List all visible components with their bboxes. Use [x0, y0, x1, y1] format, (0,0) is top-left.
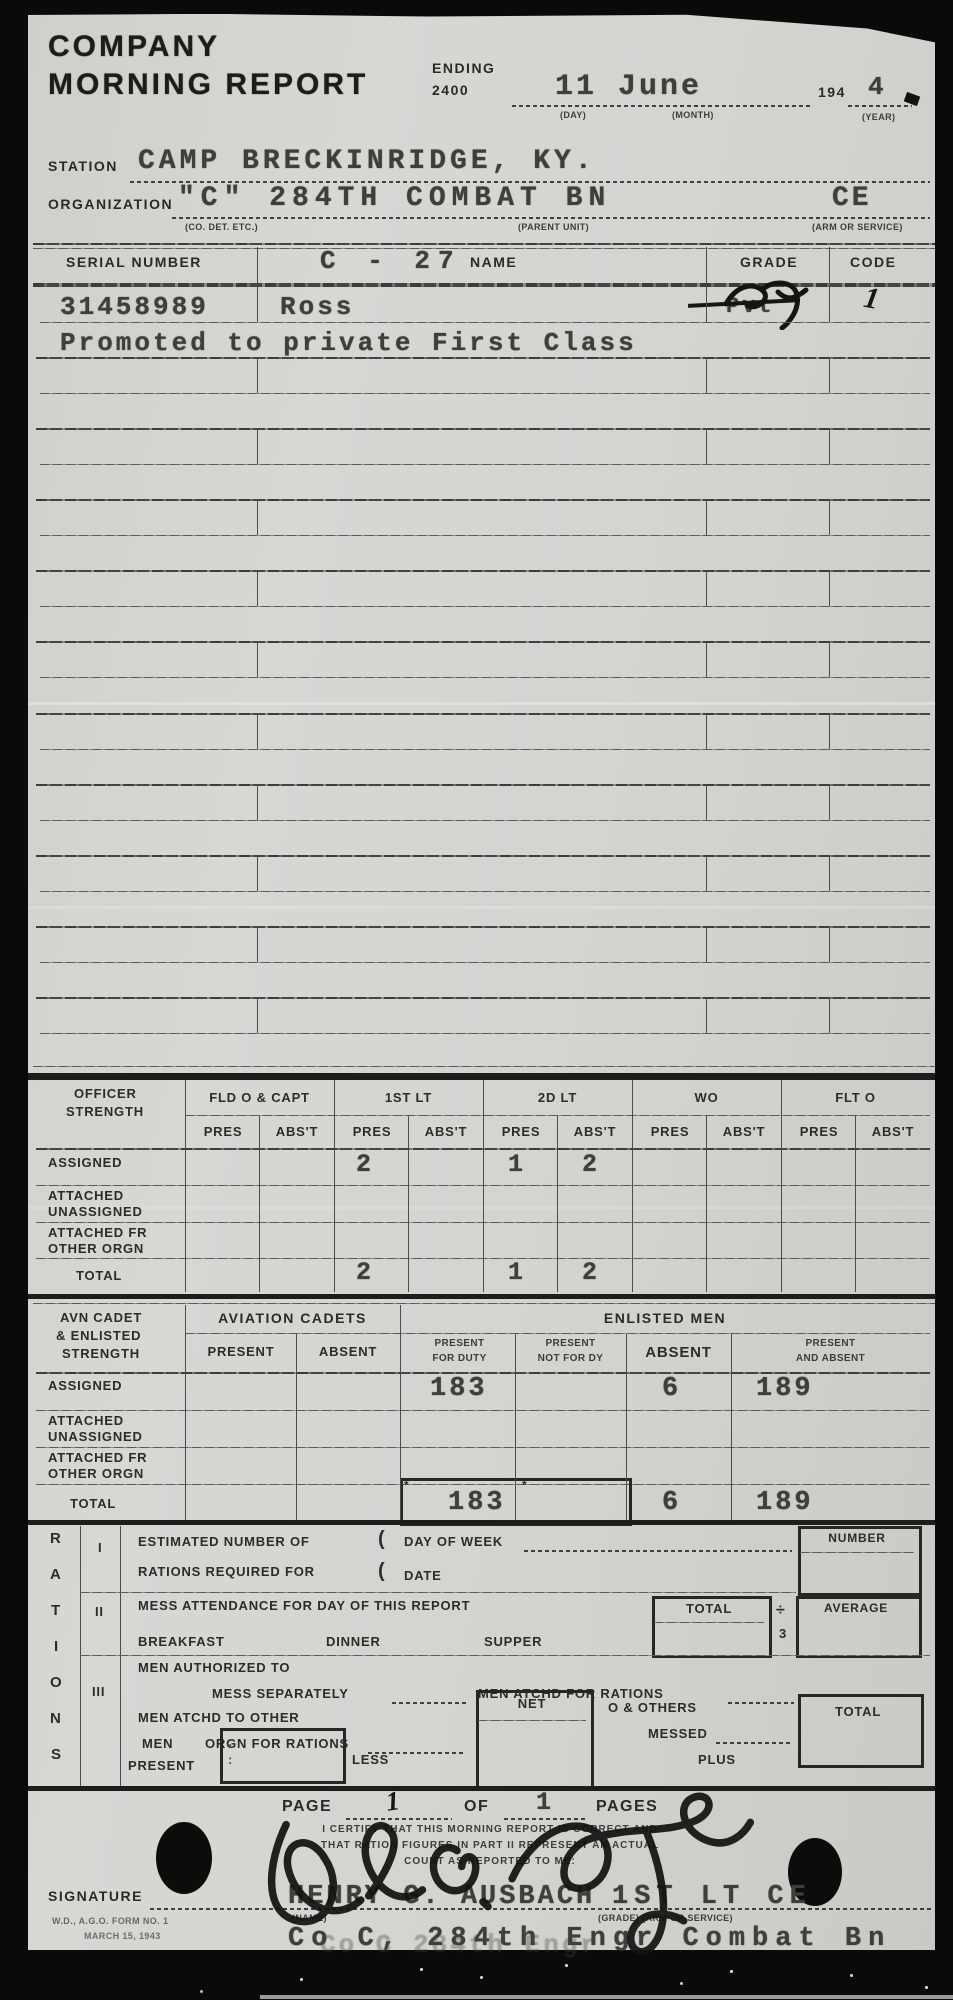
vrule-mark — [706, 784, 707, 820]
officer-total-2dlt-pres: 1 — [508, 1258, 526, 1287]
hrule-mark — [40, 606, 930, 607]
hrule-mark — [36, 855, 930, 857]
officer-row-other-orgn: OTHER ORGN — [48, 1241, 144, 1256]
film-edge-left — [0, 0, 28, 2000]
ending-label: ENDING — [432, 60, 495, 76]
officer-subvline — [408, 1116, 409, 1292]
decor-mark — [483, 1902, 488, 1907]
enlisted-vline — [185, 1305, 186, 1520]
hrule-mark — [36, 997, 930, 999]
vrule-mark — [706, 428, 707, 464]
hrule-mark — [40, 677, 930, 678]
rations-letter: T — [51, 1602, 61, 1619]
vrule-mark — [829, 926, 830, 962]
day-of-week-label: DAY OF WEEK — [404, 1534, 503, 1549]
vrule-mark — [257, 997, 258, 1033]
unit-entry: C - 27 — [320, 246, 462, 276]
hrule-mark — [36, 428, 930, 430]
officer-top-bold-rule — [28, 1073, 935, 1080]
hrule-mark — [36, 641, 930, 643]
hrule-mark — [40, 891, 930, 892]
officer-row-total: TOTAL — [76, 1268, 122, 1283]
vrule-mark — [829, 499, 830, 535]
officer-sub-abst: ABS'T — [857, 1124, 929, 1139]
enlisted-row-attached: ATTACHED — [48, 1413, 124, 1428]
decor-mark — [269, 1795, 755, 1965]
hrule-mark — [40, 393, 930, 394]
day-label: (DAY) — [560, 110, 586, 120]
av-present-header: PRESENT — [187, 1344, 295, 1359]
men-atchd-other-label: MEN ATCHD TO OTHER — [138, 1710, 300, 1725]
grade-header: GRADE — [740, 254, 798, 270]
mess-attendance-heading: MESS ATTENDANCE FOR DAY OF THIS REPORT — [138, 1598, 470, 1613]
scan-streak — [28, 1206, 935, 1209]
mess-separately-label: MESS SEPARATELY — [212, 1686, 349, 1701]
parent-unit-label: (PARENT UNIT) — [518, 222, 589, 232]
vrule-mark — [706, 997, 707, 1033]
officer-sub-pres: PRES — [485, 1124, 557, 1139]
enlisted-assigned-absent: 6 — [662, 1374, 681, 1404]
name-header: NAME — [470, 254, 517, 270]
officer-vline — [483, 1080, 484, 1292]
ending-time: 2400 — [432, 82, 469, 98]
roster-header-divider — [829, 247, 830, 285]
vrule-mark — [257, 926, 258, 962]
officer-sub-abst: ABS'T — [410, 1124, 482, 1139]
enlisted-subvline — [626, 1334, 627, 1520]
vrule-mark — [706, 641, 707, 677]
organization-rule — [172, 217, 930, 219]
enlisted-men-group: ENLISTED MEN — [400, 1310, 930, 1326]
mess-total-line — [654, 1622, 764, 1623]
rations-letter: A — [50, 1566, 62, 1583]
pen-tick: * — [404, 1478, 409, 1492]
form-number-line1: W.D., A.G.O. FORM NO. 1 — [52, 1916, 168, 1926]
officer-vline — [781, 1080, 782, 1292]
film-edge-right — [935, 0, 953, 2000]
officer-sub-pres: PRES — [783, 1124, 855, 1139]
date-field: 11 June — [555, 70, 702, 104]
officer-group-2: 2D LT — [483, 1090, 632, 1105]
mess-total-label: TOTAL — [654, 1601, 764, 1616]
officer-subvline — [706, 1116, 707, 1292]
officer-corner-line2: STRENGTH — [66, 1104, 144, 1119]
rations-letter: N — [50, 1710, 62, 1727]
handwritten-signature — [247, 1766, 764, 1984]
hrule-mark — [40, 962, 930, 963]
divisor: 3 — [779, 1626, 787, 1641]
officer-assigned-2dlt-pres: 1 — [508, 1150, 526, 1179]
men-authorized-label: MEN AUTHORIZED TO — [138, 1660, 290, 1675]
messed-rule — [716, 1742, 792, 1744]
decor-mark — [270, 1822, 362, 1923]
hrule-mark — [40, 535, 930, 536]
vrule-mark — [706, 570, 707, 606]
year-prefix: 194 — [818, 84, 846, 100]
officer-vline — [334, 1080, 335, 1292]
form-number-line2: MARCH 15, 1943 — [84, 1931, 161, 1941]
vrule-mark — [829, 641, 830, 677]
breakfast-label: BREAKFAST — [138, 1634, 225, 1649]
serial-header: SERIAL NUMBER — [66, 254, 202, 270]
men-atchd-rations-rule — [728, 1702, 794, 1704]
officer-sub-pres: PRES — [336, 1124, 408, 1139]
officer-group-1: 1ST LT — [334, 1090, 483, 1105]
hrule-mark — [40, 464, 930, 465]
average-box-label: AVERAGE — [798, 1601, 914, 1615]
vrule-mark — [829, 357, 830, 393]
en-pa-header-1: PRESENT — [731, 1338, 930, 1349]
year-field: 4 — [868, 72, 887, 102]
vrule-mark — [829, 997, 830, 1033]
roster-header-divider — [706, 247, 707, 285]
enlisted-assigned-pfd: 183 — [430, 1374, 488, 1404]
officer-group-3: WO — [632, 1090, 781, 1105]
officer-row-attached-fr: ATTACHED FR — [48, 1225, 147, 1240]
scan-streak — [28, 906, 935, 909]
men-present-box — [220, 1728, 346, 1784]
rations-rule-2 — [80, 1655, 930, 1656]
officer-bottom-bold-rule — [28, 1294, 935, 1299]
signature-label: SIGNATURE — [48, 1888, 143, 1904]
hrule-mark — [40, 1033, 930, 1034]
punch-hole-left — [156, 1822, 212, 1894]
code-header: CODE — [850, 254, 896, 270]
messed-label: MESSED — [648, 1726, 708, 1741]
arm-service-field: CE — [832, 183, 872, 214]
year-rule — [848, 105, 912, 107]
form-title-line1: COMPANY — [48, 30, 220, 64]
enlisted-top-rule — [33, 1303, 935, 1304]
month-label: (MONTH) — [672, 110, 714, 120]
mess-separately-rule — [392, 1702, 466, 1704]
org-sub-label: (CO. DET. ETC.) — [185, 222, 258, 232]
hrule-mark — [40, 749, 930, 750]
rations-total-label: TOTAL — [800, 1704, 916, 1719]
vrule-mark — [706, 499, 707, 535]
station-field: CAMP BRECKINRIDGE, KY. — [138, 146, 596, 177]
number-box-line — [800, 1552, 914, 1553]
arm-service-label: (ARM OR SERVICE) — [812, 222, 903, 232]
net-box-label: NET — [478, 1696, 586, 1711]
vrule-mark — [706, 713, 707, 749]
officer-total-2dlt-abst: 2 — [582, 1258, 600, 1287]
enlisted-row-assigned: ASSIGNED — [48, 1378, 122, 1393]
vrule-mark — [829, 713, 830, 749]
hrule-mark — [36, 357, 930, 359]
enlisted-subvline — [731, 1334, 732, 1520]
officer-sub-abst: ABS'T — [559, 1124, 631, 1139]
officer-corner-line1: OFFICER — [74, 1086, 137, 1101]
roster-header-divider — [257, 247, 258, 285]
rations-letter: R — [50, 1530, 62, 1547]
vrule-mark — [829, 784, 830, 820]
pen-mark: : — [228, 1734, 233, 1749]
rations-vline — [80, 1526, 81, 1786]
vrule-mark — [257, 855, 258, 891]
morning-report-scan: COMPANY MORNING REPORT ENDING 2400 11 Ju… — [0, 0, 953, 2000]
roster-divider — [829, 285, 830, 322]
decor-mark — [509, 1795, 752, 1891]
vrule-mark — [257, 570, 258, 606]
entry-name: Ross — [280, 292, 354, 322]
date-label: DATE — [404, 1568, 442, 1583]
officer-group-0: FLD O & CAPT — [185, 1090, 334, 1105]
roster-divider — [257, 285, 258, 322]
vrule-mark — [829, 428, 830, 464]
av-absent-header: ABSENT — [298, 1344, 398, 1359]
day-of-week-rule — [524, 1550, 792, 1552]
aviation-cadets-group: AVIATION CADETS — [185, 1310, 400, 1326]
vrule-mark — [257, 784, 258, 820]
divide-sign: ÷ — [776, 1602, 786, 1620]
enlisted-subvline — [296, 1334, 297, 1520]
enlisted-rule — [36, 1410, 930, 1411]
hrule-mark — [36, 570, 930, 572]
rations-letter: O — [50, 1674, 62, 1691]
enlisted-total-penciled-box — [400, 1478, 632, 1526]
hrule-mark — [36, 713, 930, 715]
organization-field: "C" 284TH COMBAT BN — [178, 183, 611, 214]
officer-row-assigned: ASSIGNED — [48, 1155, 122, 1170]
roster-bottom-rule — [33, 1066, 935, 1067]
decor-mark — [433, 1847, 477, 1892]
vrule-mark — [257, 713, 258, 749]
enlisted-total-absent: 6 — [662, 1488, 681, 1518]
enlisted-corner-1: AVN CADET — [60, 1310, 142, 1325]
hrule-mark — [36, 499, 930, 501]
decor-mark — [364, 1824, 422, 1898]
present-label: PRESENT — [128, 1758, 195, 1773]
officer-vline — [185, 1080, 186, 1292]
supper-label: SUPPER — [484, 1634, 542, 1649]
enlisted-rule — [36, 1447, 930, 1448]
decor-mark — [627, 1831, 685, 1952]
o-and-others-label: O & OTHERS — [608, 1700, 697, 1715]
date-rule — [512, 105, 810, 107]
officer-vline — [632, 1080, 633, 1292]
officer-sub-abst: ABS'T — [708, 1124, 780, 1139]
roster-top-rule — [33, 243, 935, 245]
rations-vline — [120, 1526, 121, 1786]
vrule-mark — [706, 855, 707, 891]
pen-tick: * — [522, 1478, 527, 1492]
vrule-mark — [706, 926, 707, 962]
form-title-line2: MORNING REPORT — [48, 68, 368, 102]
station-label: STATION — [48, 158, 118, 174]
officer-subvline — [259, 1116, 260, 1292]
vrule-mark — [829, 570, 830, 606]
officer-sub-pres: PRES — [187, 1124, 259, 1139]
rations1-line1: ESTIMATED NUMBER OF — [138, 1534, 310, 1549]
pen-mark: : — [228, 1752, 233, 1767]
vrule-mark — [257, 357, 258, 393]
men-label: MEN — [142, 1736, 173, 1751]
en-pnfd-header-1: PRESENT — [515, 1338, 626, 1349]
en-absent-header: ABSENT — [626, 1344, 731, 1361]
officer-assigned-2dlt-abst: 2 — [582, 1150, 600, 1179]
officer-subvline — [557, 1116, 558, 1292]
rations-numeral-3: III — [92, 1684, 105, 1699]
brace: ( — [378, 1560, 385, 1583]
roster-divider — [706, 285, 707, 322]
organization-label: ORGANIZATION — [48, 196, 173, 212]
enlisted-vline — [400, 1305, 401, 1520]
roster-mid-rule — [40, 322, 930, 323]
enlisted-corner-2: & ENLISTED — [56, 1328, 141, 1343]
enlisted-total-pa: 189 — [756, 1488, 814, 1518]
vrule-mark — [829, 855, 830, 891]
enlisted-row-other-orgn: OTHER ORGN — [48, 1466, 144, 1481]
enlisted-row-unassigned: UNASSIGNED — [48, 1429, 143, 1444]
officer-sub-abst: ABS'T — [261, 1124, 333, 1139]
officer-row-attached: ATTACHED — [48, 1188, 124, 1203]
en-pfd-header-1: PRESENT — [404, 1338, 515, 1349]
vrule-mark — [706, 357, 707, 393]
enlisted-bottom-bold-rule — [28, 1520, 935, 1525]
rations-letter: I — [54, 1638, 59, 1655]
net-box-line — [478, 1720, 586, 1721]
less-label: LESS — [352, 1752, 389, 1767]
vrule-mark — [257, 641, 258, 677]
officer-total-1stlt-pres: 2 — [356, 1258, 374, 1287]
enlisted-corner-3: STRENGTH — [62, 1346, 140, 1361]
enlisted-row-total: TOTAL — [70, 1496, 116, 1511]
officer-assigned-1stlt-pres: 2 — [356, 1150, 374, 1179]
entry-serial: 31458989 — [60, 292, 209, 322]
dinner-label: DINNER — [326, 1634, 381, 1649]
roster-top-rule2 — [33, 248, 935, 249]
brace: ( — [378, 1528, 385, 1551]
officer-group-4: FLT O — [781, 1090, 930, 1105]
number-box-label: NUMBER — [800, 1531, 914, 1545]
entry-remark: Promoted to private First Class — [60, 328, 637, 358]
officer-row-unassigned: UNASSIGNED — [48, 1204, 143, 1219]
en-pnfd-header-2: NOT FOR DY — [515, 1353, 626, 1364]
officer-sub-pres: PRES — [634, 1124, 706, 1139]
hrule-mark — [40, 820, 930, 821]
en-pfd-header-2: FOR DUTY — [404, 1353, 515, 1364]
plus-label: PLUS — [698, 1752, 736, 1767]
vrule-mark — [257, 428, 258, 464]
enlisted-subvline — [515, 1334, 516, 1520]
rations-rule-1 — [80, 1592, 796, 1593]
year-label: (YEAR) — [862, 112, 895, 122]
officer-subvline — [855, 1116, 856, 1292]
enlisted-row-attached-fr: ATTACHED FR — [48, 1450, 147, 1465]
rations-letter: S — [51, 1746, 62, 1763]
scan-streak — [28, 702, 935, 705]
rations1-line2: RATIONS REQUIRED FOR — [138, 1564, 315, 1579]
en-pa-header-2: AND ABSENT — [731, 1353, 930, 1364]
rations-numeral-2: II — [95, 1604, 104, 1619]
enlisted-assigned-pa: 189 — [756, 1374, 814, 1404]
rations-numeral-1: I — [98, 1540, 102, 1555]
hrule-mark — [36, 784, 930, 786]
film-bottom-strip — [260, 1995, 953, 1999]
hrule-mark — [36, 926, 930, 928]
vrule-mark — [257, 499, 258, 535]
